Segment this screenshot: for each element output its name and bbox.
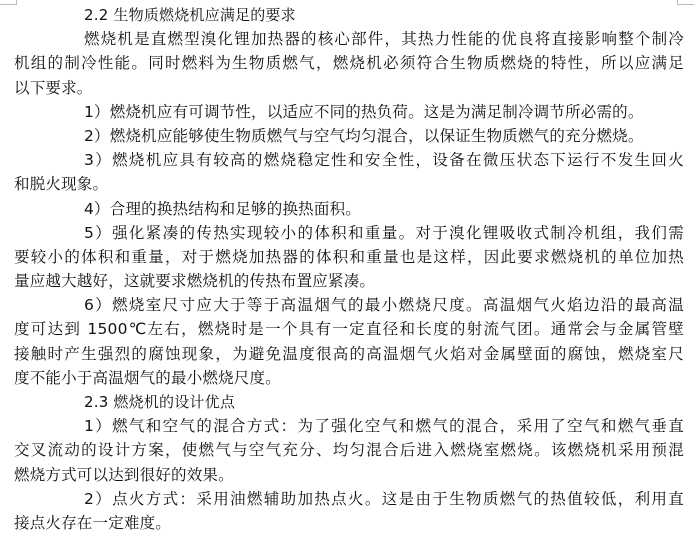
section-heading: 2.2 生物质燃烧机应满足的要求 bbox=[14, 3, 684, 27]
paragraph-line: 3）燃烧机应具有较高的燃烧稳定性和安全性，设备在微压状态下运行不发生回火 bbox=[14, 148, 684, 172]
paragraph-line: 1）燃气和空气的混合方式：为了强化空气和燃气的混合，采用了空气和燃气垂直 bbox=[14, 414, 684, 438]
paragraph-line: 4）合理的换热结构和足够的换热面积。 bbox=[14, 197, 684, 221]
list-item-6: 6）燃烧室尺寸应大于等于高温烟气的最小燃烧尺度。高温烟气火焰边沿的最高温 度可达… bbox=[14, 293, 684, 390]
paragraph-line: 2）点火方式：采用油燃辅助加热点火。这是由于生物质燃气的热值较低，利用直 bbox=[14, 487, 684, 511]
list-item-2: 2）点火方式：采用油燃辅助加热点火。这是由于生物质燃气的热值较低，利用直 接点火… bbox=[14, 487, 684, 535]
paragraph-line: 1）燃烧机应有可调节性，以适应不同的热负荷。这是为满足制冷调节所必需的。 bbox=[14, 100, 684, 124]
list-item-4: 4）合理的换热结构和足够的换热面积。 bbox=[14, 197, 684, 221]
paragraph-line: 交叉流动的设计方案，使燃气与空气充分、均匀混合后进入燃烧室燃烧。该燃烧机采用预混 bbox=[14, 438, 684, 462]
paragraph-line: 机组的制冷性能。同时燃料为生物质燃气，燃烧机必须符合生物质燃烧的特性，所以应满足 bbox=[14, 51, 684, 75]
list-item-5: 5）强化紧凑的传热实现较小的体积和重量。对于溴化锂吸收式制冷机组，我们需 要较小… bbox=[14, 221, 684, 294]
paragraph-line: 2）燃烧机应能够使生物质燃气与空气均匀混合，以保证生物质燃气的充分燃烧。 bbox=[14, 124, 684, 148]
paragraph-line: 以下要求。 bbox=[14, 76, 684, 100]
paragraph-line: 接触时产生强烈的腐蚀现象，为避免温度很高的高温烟气火焰对金属壁面的腐蚀，燃烧室尺 bbox=[14, 342, 684, 366]
paragraph-line: 要较小的体积和重量，对于燃烧加热器的体积和重量也是这样，因此要求燃烧机的单位加热 bbox=[14, 245, 684, 269]
list-item-1: 1）燃烧机应有可调节性，以适应不同的热负荷。这是为满足制冷调节所必需的。 bbox=[14, 100, 684, 124]
paragraph-line: 燃烧机是直燃型溴化锂加热器的核心部件，其热力性能的优良将直接影响整个制冷 bbox=[14, 27, 684, 51]
paragraph-line: 度可达到 1500℃左右，燃烧时是一个具有一定直径和长度的射流气团。通常会与金属… bbox=[14, 317, 684, 341]
paragraph-line: 和脱火现象。 bbox=[14, 172, 684, 196]
paragraph-line: 度不能小于高温烟气的最小燃烧尺度。 bbox=[14, 366, 684, 390]
list-item-2: 2）燃烧机应能够使生物质燃气与空气均匀混合，以保证生物质燃气的充分燃烧。 bbox=[14, 124, 684, 148]
list-item-3: 3）燃烧机应具有较高的燃烧稳定性和安全性，设备在微压状态下运行不发生回火 和脱火… bbox=[14, 148, 684, 196]
paragraph-line: 6）燃烧室尺寸应大于等于高温烟气的最小燃烧尺度。高温烟气火焰边沿的最高温 bbox=[14, 293, 684, 317]
paragraph-intro: 燃烧机是直燃型溴化锂加热器的核心部件，其热力性能的优良将直接影响整个制冷 机组的… bbox=[14, 27, 684, 100]
paragraph-line: 量应越大越好，这就要求燃烧机的传热布置应紧凑。 bbox=[14, 269, 684, 293]
paragraph-line: 接点火存在一定难度。 bbox=[14, 511, 684, 535]
list-item-1: 1）燃气和空气的混合方式：为了强化空气和燃气的混合，采用了空气和燃气垂直 交叉流… bbox=[14, 414, 684, 487]
section-heading: 2.3 燃烧机的设计优点 bbox=[14, 390, 684, 414]
paragraph-line: 5）强化紧凑的传热实现较小的体积和重量。对于溴化锂吸收式制冷机组，我们需 bbox=[14, 221, 684, 245]
document-page: 2.2 生物质燃烧机应满足的要求 燃烧机是直燃型溴化锂加热器的核心部件，其热力性… bbox=[14, 3, 684, 535]
paragraph-line: 燃烧方式可以达到很好的效果。 bbox=[14, 463, 684, 487]
